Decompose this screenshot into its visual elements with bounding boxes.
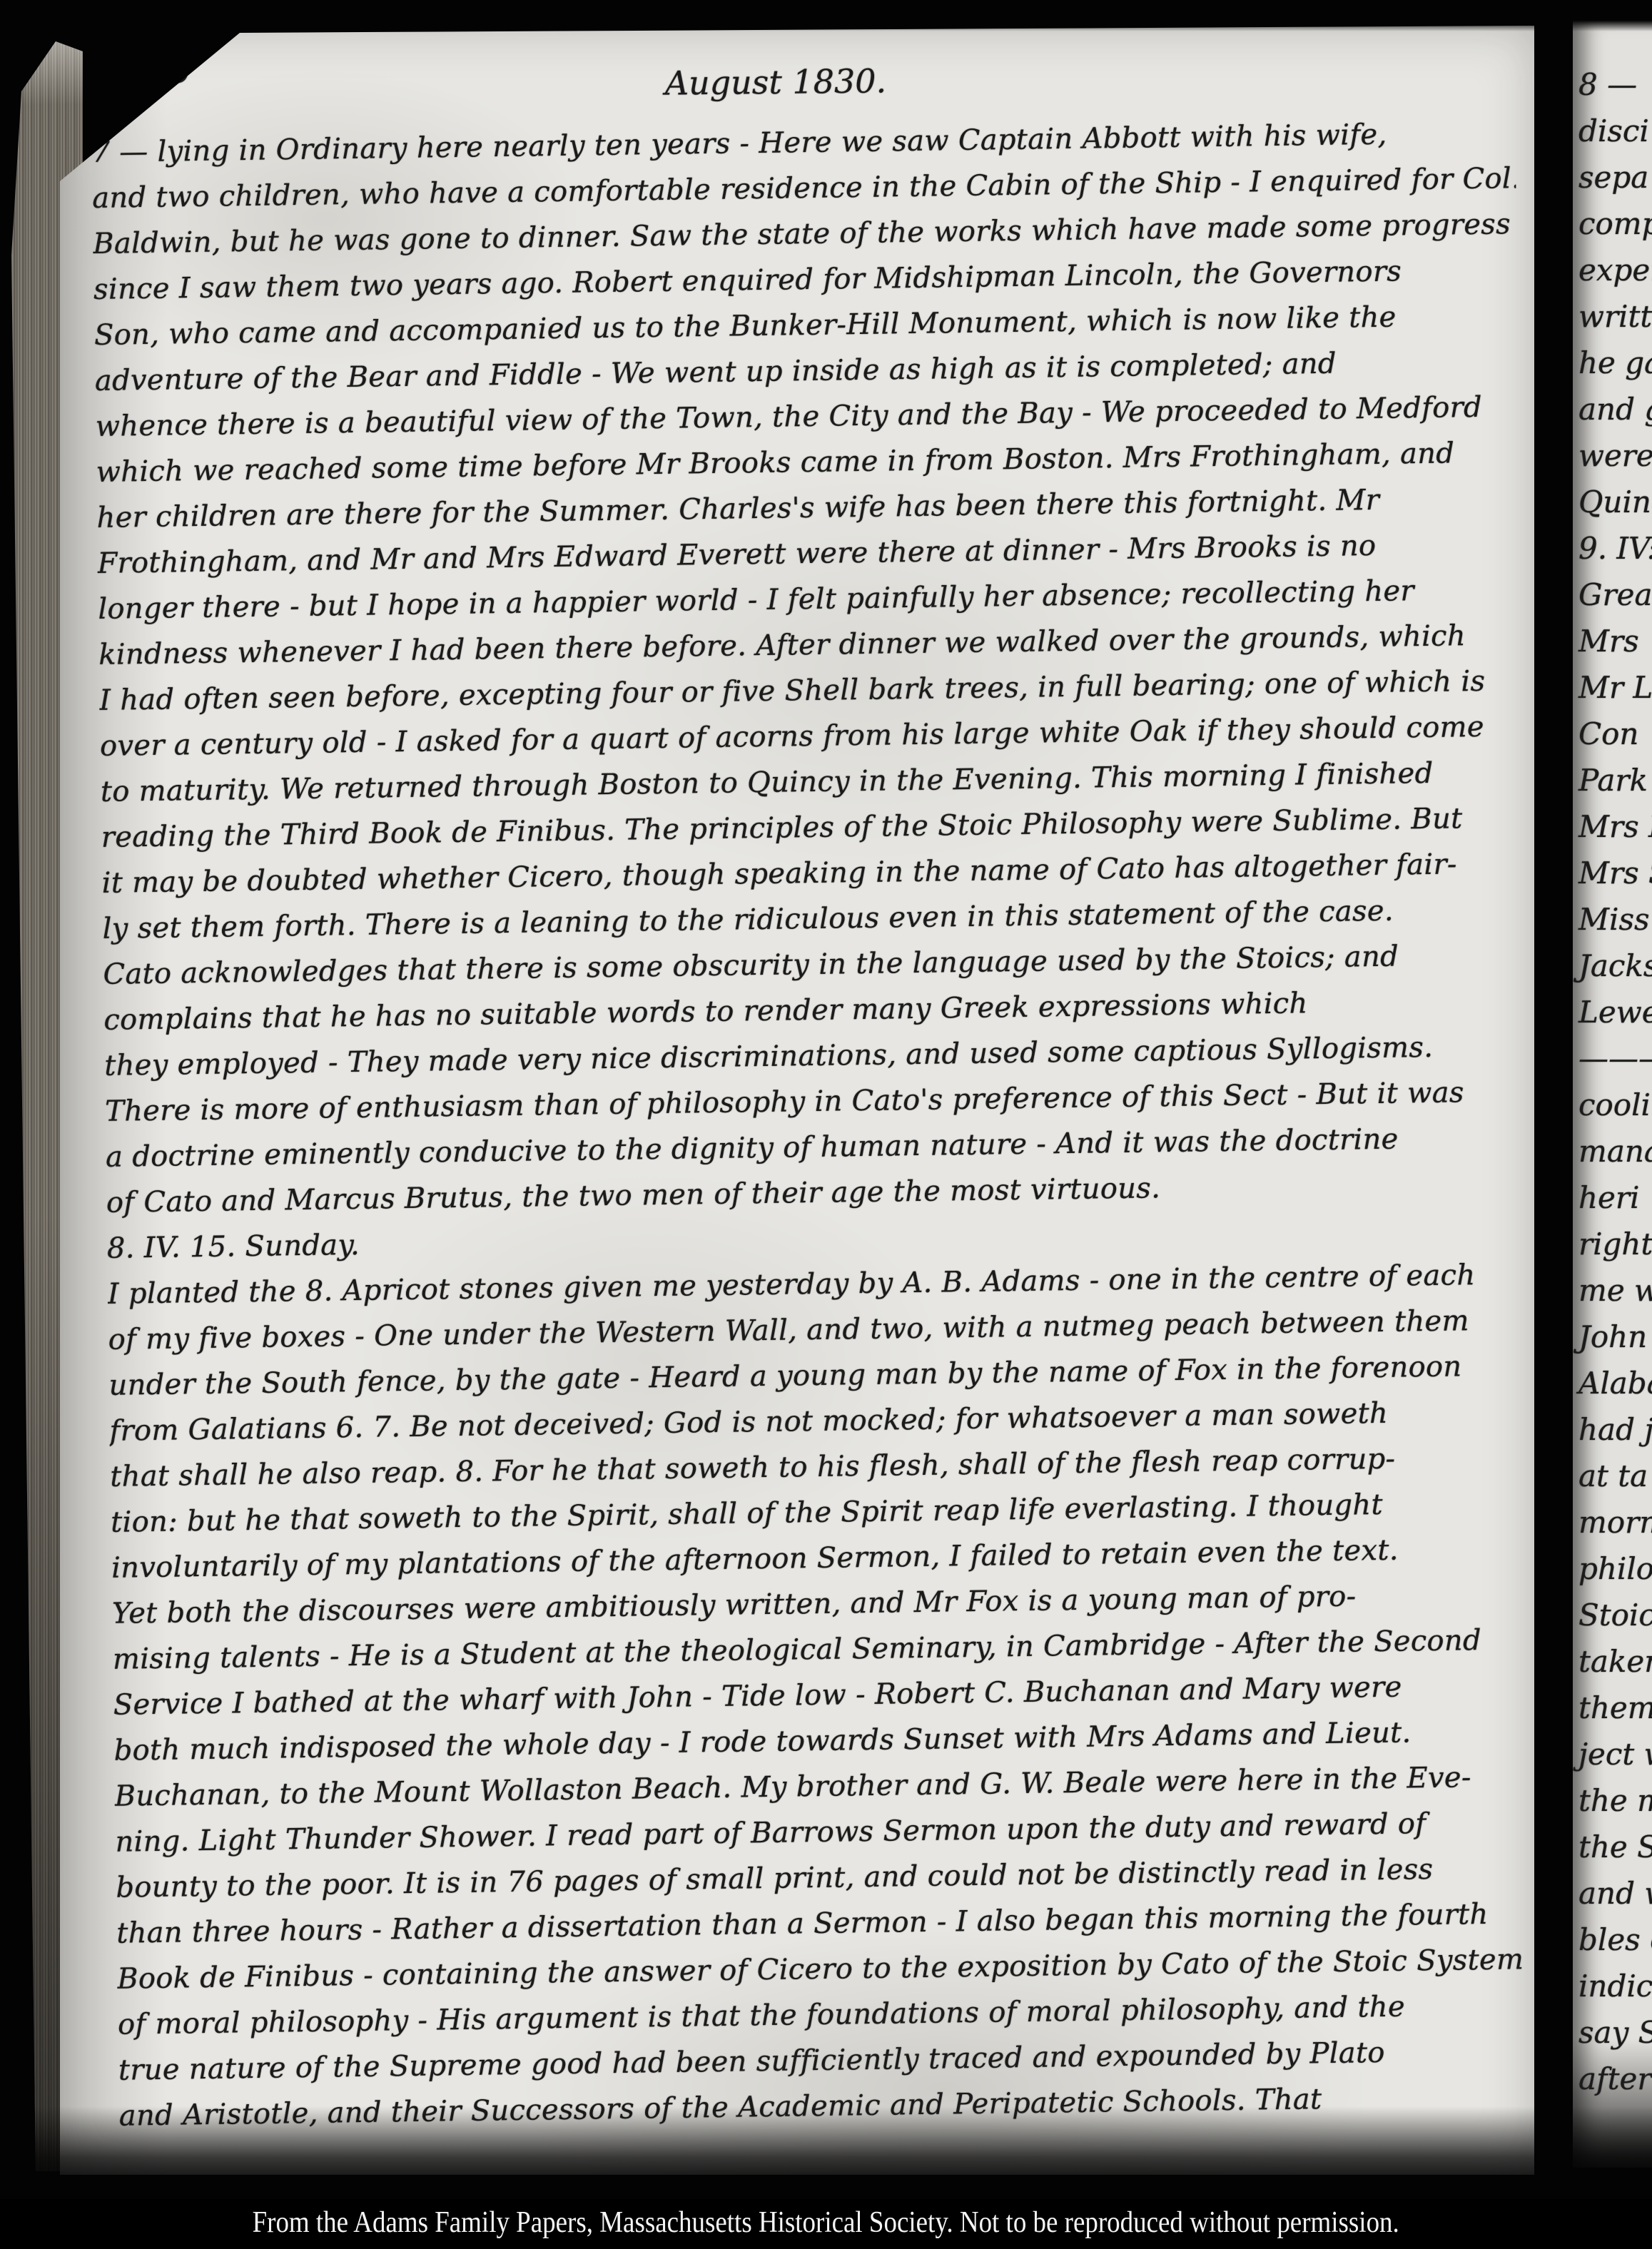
facing-page-line-fragment: and w [1578,1870,1652,1917]
facing-page-line-fragment: were [1578,432,1652,479]
facing-page-line-fragment: exper [1578,247,1652,293]
facing-page-line-fragment: Mr L [1578,664,1652,711]
facing-page-line-fragment: morni [1578,1499,1652,1545]
facing-page-line-fragment: after w [1578,2056,1652,2102]
facing-page-line-fragment: taken [1578,1638,1652,1685]
facing-page-line-fragment: Miss [1578,896,1652,943]
facing-page-line-fragment: and g [1578,386,1652,432]
facing-page-text: 8 —discisepacompexperwritthe gavand gwer… [1578,61,1652,2102]
facing-page-line-fragment: John C [1578,1314,1652,1360]
facing-page-line-fragment: disci [1578,108,1652,154]
facing-page-line-fragment: had ju [1578,1406,1652,1453]
manuscript-text: 7 — lying in Ordinary here nearly ten ye… [91,110,1543,2139]
facing-page-line-fragment: ject w [1578,1731,1652,1777]
manuscript-page: 516 August 1830. 7 — lying in Ordinary h… [60,26,1534,2175]
facing-page-line-fragment: sepa [1578,154,1652,200]
facing-page-line-fragment: them [1578,1685,1652,1731]
archive-caption: From the Adams Family Papers, Massachuse… [253,2199,1399,2246]
facing-page-line-fragment: the m [1578,1777,1652,1824]
facing-page-line-fragment: me w [1578,1267,1652,1314]
facing-page-line-fragment: 9. IV: 4 [1578,525,1652,572]
facing-page-line-fragment: Mrs [1578,618,1652,664]
facing-page-line-fragment: Lewes [1578,989,1652,1035]
facing-page-line-fragment: Con [1578,711,1652,757]
facing-page-line-fragment: the St [1578,1824,1652,1870]
facing-page-sliver: 8 —discisepacompexperwritthe gavand gwer… [1573,20,1652,2168]
facing-page-line-fragment: indic [1578,1963,1652,2009]
scanned-diary-image: 516 August 1830. 7 — lying in Ordinary h… [0,0,1652,2249]
facing-page-line-fragment: Quinc [1578,479,1652,525]
facing-page-line-fragment: mana [1578,1128,1652,1174]
facing-page-line-fragment: Mrs S [1578,850,1652,896]
facing-page-line-fragment: he gav [1578,340,1652,386]
facing-page-line-fragment: heri [1578,1174,1652,1221]
facing-page-line-fragment: philos [1578,1545,1652,1592]
facing-page-line-fragment: 8 — [1578,61,1652,108]
facing-page-line-fragment: Park [1578,757,1652,803]
facing-page-line-fragment: right [1578,1221,1652,1267]
facing-page-line-fragment: Stoics [1578,1592,1652,1638]
facing-page-line-fragment: at ta [1578,1453,1652,1499]
facing-page-line-fragment: comp [1578,200,1652,247]
facing-page-line-fragment: Jacks [1578,943,1652,989]
facing-page-line-fragment: Alaba [1578,1360,1652,1406]
date-header: August 1830. [60,55,1491,108]
facing-page-line-fragment: ——— [1578,1035,1652,1082]
facing-page-line-fragment: Mrs E [1578,803,1652,850]
facing-page-line-fragment: Grea [1578,572,1652,618]
facing-page-line-fragment: writt [1578,293,1652,340]
facing-page-line-fragment: say Sh [1578,2009,1652,2056]
archive-caption-bar: From the Adams Family Papers, Massachuse… [0,2199,1652,2249]
facing-page-line-fragment: coolin [1578,1082,1652,1128]
facing-page-line-fragment: bles o [1578,1917,1652,1963]
